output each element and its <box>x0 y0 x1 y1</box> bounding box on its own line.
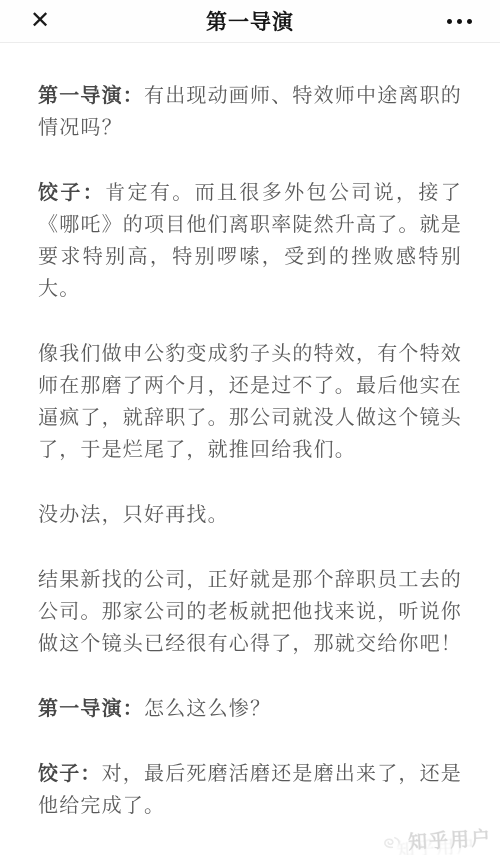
paragraph-text: 像我们做申公豹变成豹子头的特效，有个特效师在那磨了两个月，还是过不了。最后他实在… <box>38 343 462 461</box>
close-icon[interactable]: ✕ <box>30 9 50 33</box>
paragraph-answer-5: 饺子：对，最后死磨活磨还是磨出来了，还是他给完成了。 <box>38 758 462 822</box>
paragraph-text: 没办法，只好再找。 <box>38 504 229 526</box>
more-dot <box>457 19 462 24</box>
watermark-ghost-text: 知乎用户 <box>396 832 477 855</box>
spiral-watermark-icon <box>382 833 403 850</box>
paragraph-answer-1: 饺子：肯定有。而且很多外包公司说，接了《哪吒》的项目他们离职率陡然升高了。就是要… <box>38 177 462 305</box>
paragraph-question-2: 第一导演：怎么这么惨？ <box>38 693 462 725</box>
paragraph-text: 怎么这么惨？ <box>144 698 271 720</box>
paragraph-text: 结果新找的公司，正好就是那个辞职员工去的公司。那家公司的老板就把他找来说，听说你… <box>38 569 462 655</box>
paragraph-answer-2: 像我们做申公豹变成豹子头的特效，有个特效师在那磨了两个月，还是过不了。最后他实在… <box>38 338 462 466</box>
watermark-text: 知乎用户 <box>407 823 492 854</box>
paragraph-text: 对，最后死磨活磨还是磨出来了，还是他给完成了。 <box>38 763 462 817</box>
more-dot <box>467 19 472 24</box>
more-dot <box>447 19 452 24</box>
page-title: 第一导演 <box>206 6 294 36</box>
paragraph-question-1: 第一导演：有出现动画师、特效师中途离职的情况吗？ <box>38 80 462 144</box>
article-body: 第一导演：有出现动画师、特效师中途离职的情况吗？ 饺子：肯定有。而且很多外包公司… <box>0 43 500 822</box>
paragraph-answer-3: 没办法，只好再找。 <box>38 499 462 531</box>
watermark: 知乎用户 知乎用户 <box>381 823 492 855</box>
paragraph-answer-4: 结果新找的公司，正好就是那个辞职员工去的公司。那家公司的老板就把他找来说，听说你… <box>38 564 462 660</box>
more-options-icon[interactable] <box>447 15 472 28</box>
speaker-label: 饺子： <box>38 182 105 204</box>
speaker-label: 第一导演： <box>38 698 144 720</box>
article-screen: ✕ 第一导演 第一导演：有出现动画师、特效师中途离职的情况吗？ 饺子：肯定有。而… <box>0 0 500 855</box>
speaker-label: 第一导演： <box>38 85 144 107</box>
speaker-label: 饺子： <box>38 763 102 785</box>
top-nav-bar: ✕ 第一导演 <box>0 0 500 43</box>
